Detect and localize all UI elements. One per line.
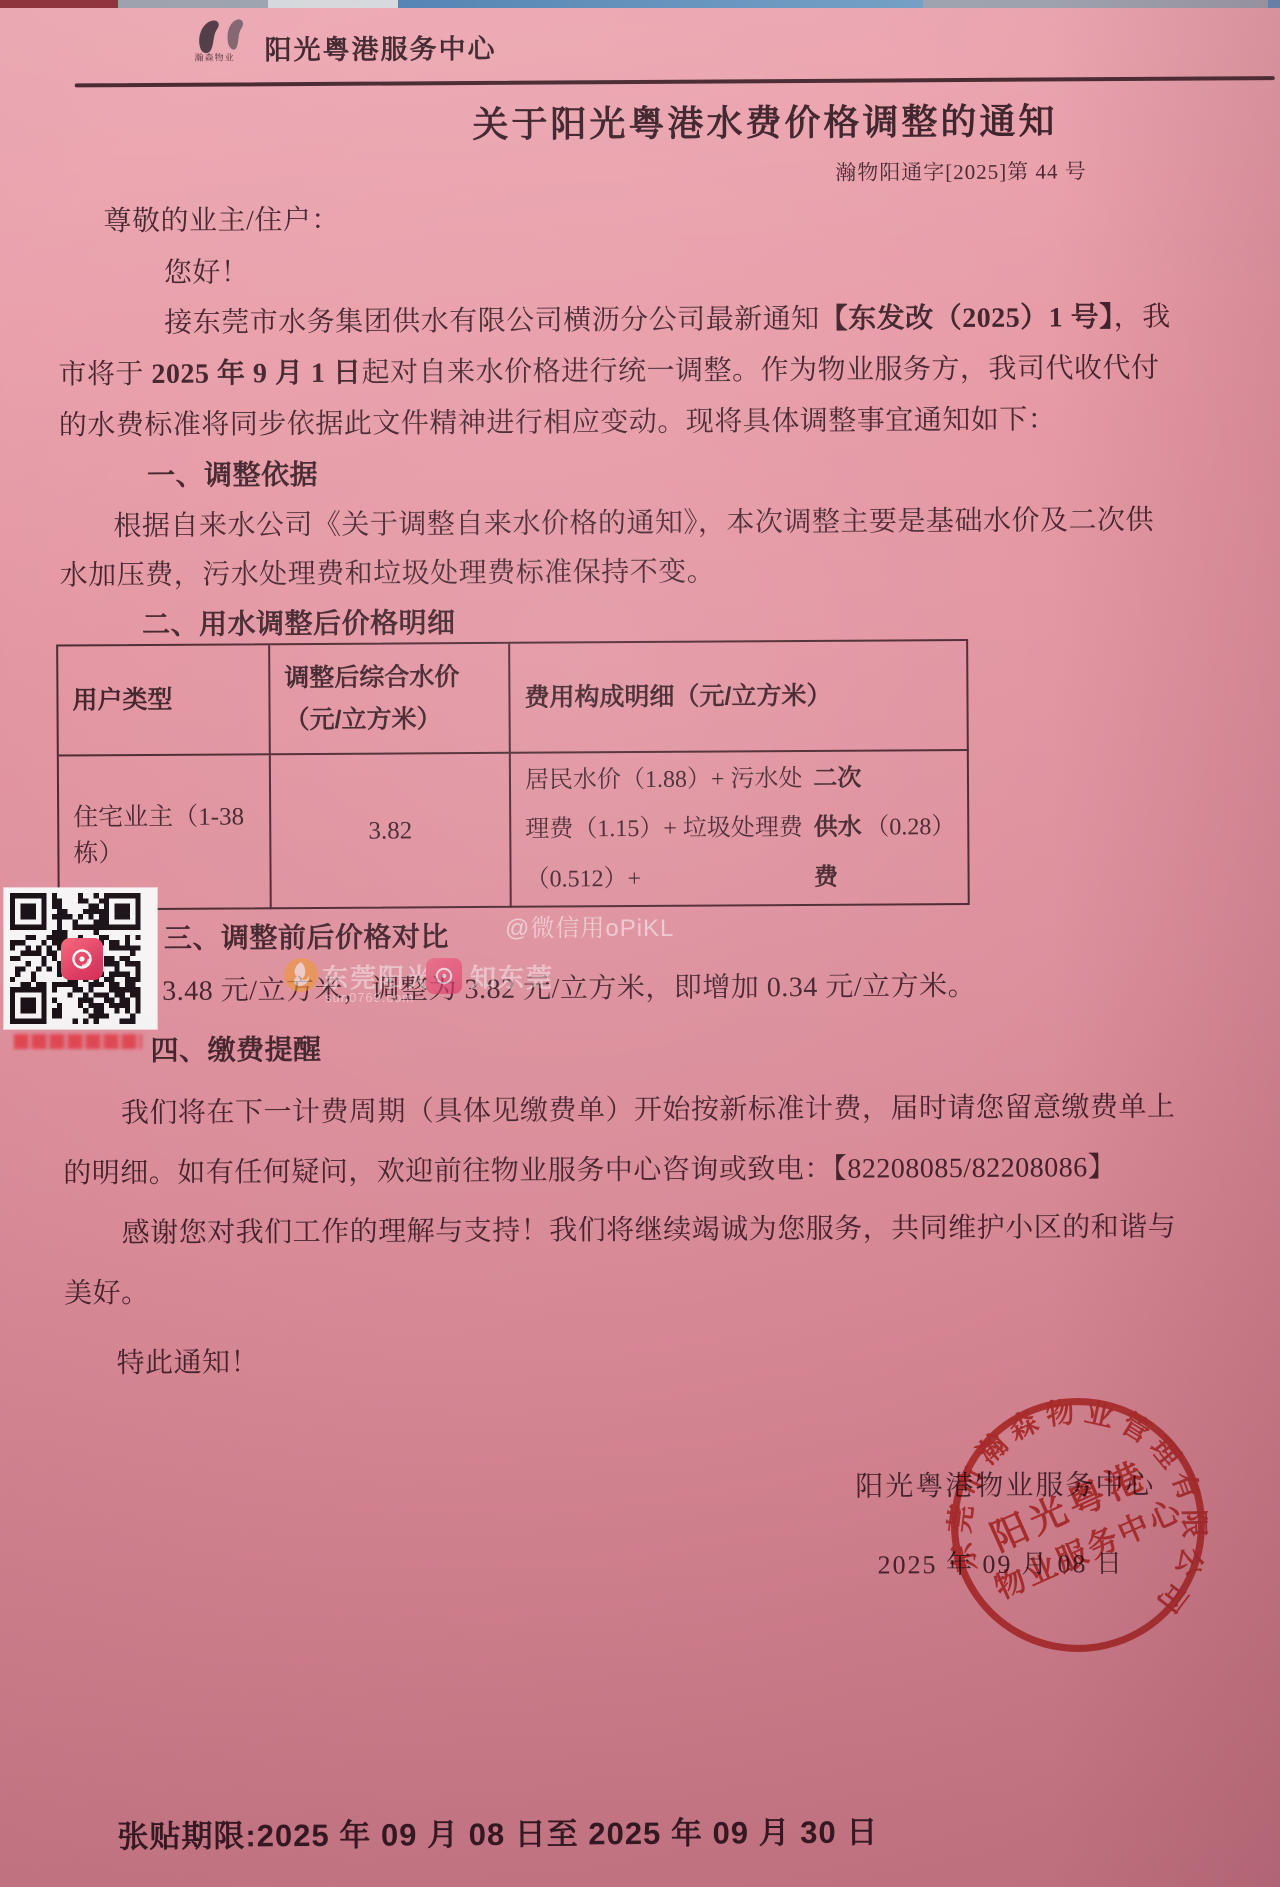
salutation: 尊敬的业主/住户： (103, 198, 340, 239)
p1l2-post: 起对自来水价格进行统一调整。作为物业服务方，我司代收代付 (361, 353, 1159, 389)
paragraph2-line1: 根据自来水公司《关于调整自来水价格的通知》，本次调整主要是基础水价及二次供 (113, 498, 1154, 544)
paragraph5-line1: 感谢您对我们工作的理解与支持！我们将继续竭诚为您服务，共同维护小区的和谐与 (122, 1205, 1177, 1251)
p1l1-post: ，我 (1114, 302, 1171, 333)
header-divider-rule (75, 76, 1275, 87)
section3-heading: 三、调整前后价格对比 (164, 915, 449, 957)
site1-watermark-url: sun0769.com (325, 990, 414, 1005)
photographed-notice: 瀚森物业 阳光粤港服务中心 关于阳光粤港水费价格调整的通知 瀚物阳通字[2025… (0, 0, 1280, 1887)
official-red-stamp: 东莞市瀚森物业管理有限公司 阳光粤港 物业服务中心 (903, 1350, 1253, 1700)
fee-detail-post: （0.28） (865, 803, 955, 853)
table-cell-price: 3.82 (271, 754, 512, 909)
site2-watermark-text: 知东莞 (470, 958, 554, 995)
table-header-user-type: 用户类型 (58, 645, 271, 756)
zhidongguan-badge-icon (426, 958, 462, 994)
posting-period: 张贴期限:2025 年 09 月 08 日至 2025 年 09 月 30 日 (117, 1807, 878, 1857)
paragraph4-line1: 我们将在下一计费周期（具体见缴费单）开始按新标准计费，届时请您留意缴费单上 (121, 1085, 1176, 1131)
service-center-brand: 阳光粤港服务中心 (264, 27, 496, 67)
table-cell-fee-detail: 居民水价（1.88）+ 污水处理费（1.15）+ 垃圾处理费（0.512）+ 二… (511, 751, 970, 908)
p1l1-text: 接东莞市水务集团供水有限公司横沥分公司最新通知 (164, 304, 820, 339)
p1l1-bold: 【东发改（2025）1 号】 (820, 302, 1114, 335)
paragraph1-line1: 接东莞市水务集团供水有限公司横沥分公司最新通知【东发改（2025）1 号】，我 (164, 295, 1171, 341)
section1-heading: 一、调整依据 (147, 453, 318, 494)
qr-center-logo-icon (61, 938, 103, 980)
p1l2-bold: 2025 年 9 月 1 日 (151, 358, 361, 390)
paragraph5-line2: 美好。 (64, 1271, 150, 1312)
table-header-fee-detail: 费用构成明细（元/立方米） (510, 641, 969, 754)
logo-caption: 瀚森物业 (195, 50, 235, 63)
paragraph4-line2: 的明细。如有任何疑问，欢迎前往物业服务中心咨询或致电：【82208085/822… (63, 1145, 1116, 1191)
paragraph1-line2: 市将于 2025 年 9 月 1 日起对自来水价格进行统一调整。作为物业服务方，… (58, 346, 1159, 393)
fee-detail-text: 居民水价（1.88）+ 污水处理费（1.15）+ 垃圾处理费（0.512）+ (525, 755, 814, 904)
section2-heading: 二、用水调整后价格明细 (142, 601, 456, 643)
water-price-table: 用户类型 调整后综合水价（元/立方米） 费用构成明细（元/立方米） 住宅业主（1… (56, 639, 970, 911)
qr-code (4, 888, 157, 1029)
sun0769-flame-icon (282, 956, 320, 994)
fee-detail-bold: 二次供水费 (813, 755, 866, 903)
table-header-adjusted-price: 调整后综合水价（元/立方米） (270, 644, 511, 755)
paragraph2-line2: 水加压费，污水处理费和垃圾处理费标准保持不变。 (60, 550, 716, 594)
blurred-red-caption (14, 1034, 142, 1049)
greeting: 您好！ (164, 250, 250, 291)
paragraph1-line3: 的水费标准将同步依据此文件精神进行相应变动。现将具体调整事宜通知如下： (59, 397, 1057, 443)
notice-closing: 特此通知！ (116, 1340, 259, 1381)
notice-title: 关于阳光粤港水费价格调整的通知 (265, 92, 1265, 149)
p1l2-text: 市将于 (58, 359, 151, 391)
wechat-user-watermark: @微信用oPiKL (505, 908, 674, 943)
section4-heading: 四、缴费提醒 (150, 1028, 321, 1069)
document-reference-number: 瀚物阳通字[2025]第 44 号 (835, 155, 1087, 187)
